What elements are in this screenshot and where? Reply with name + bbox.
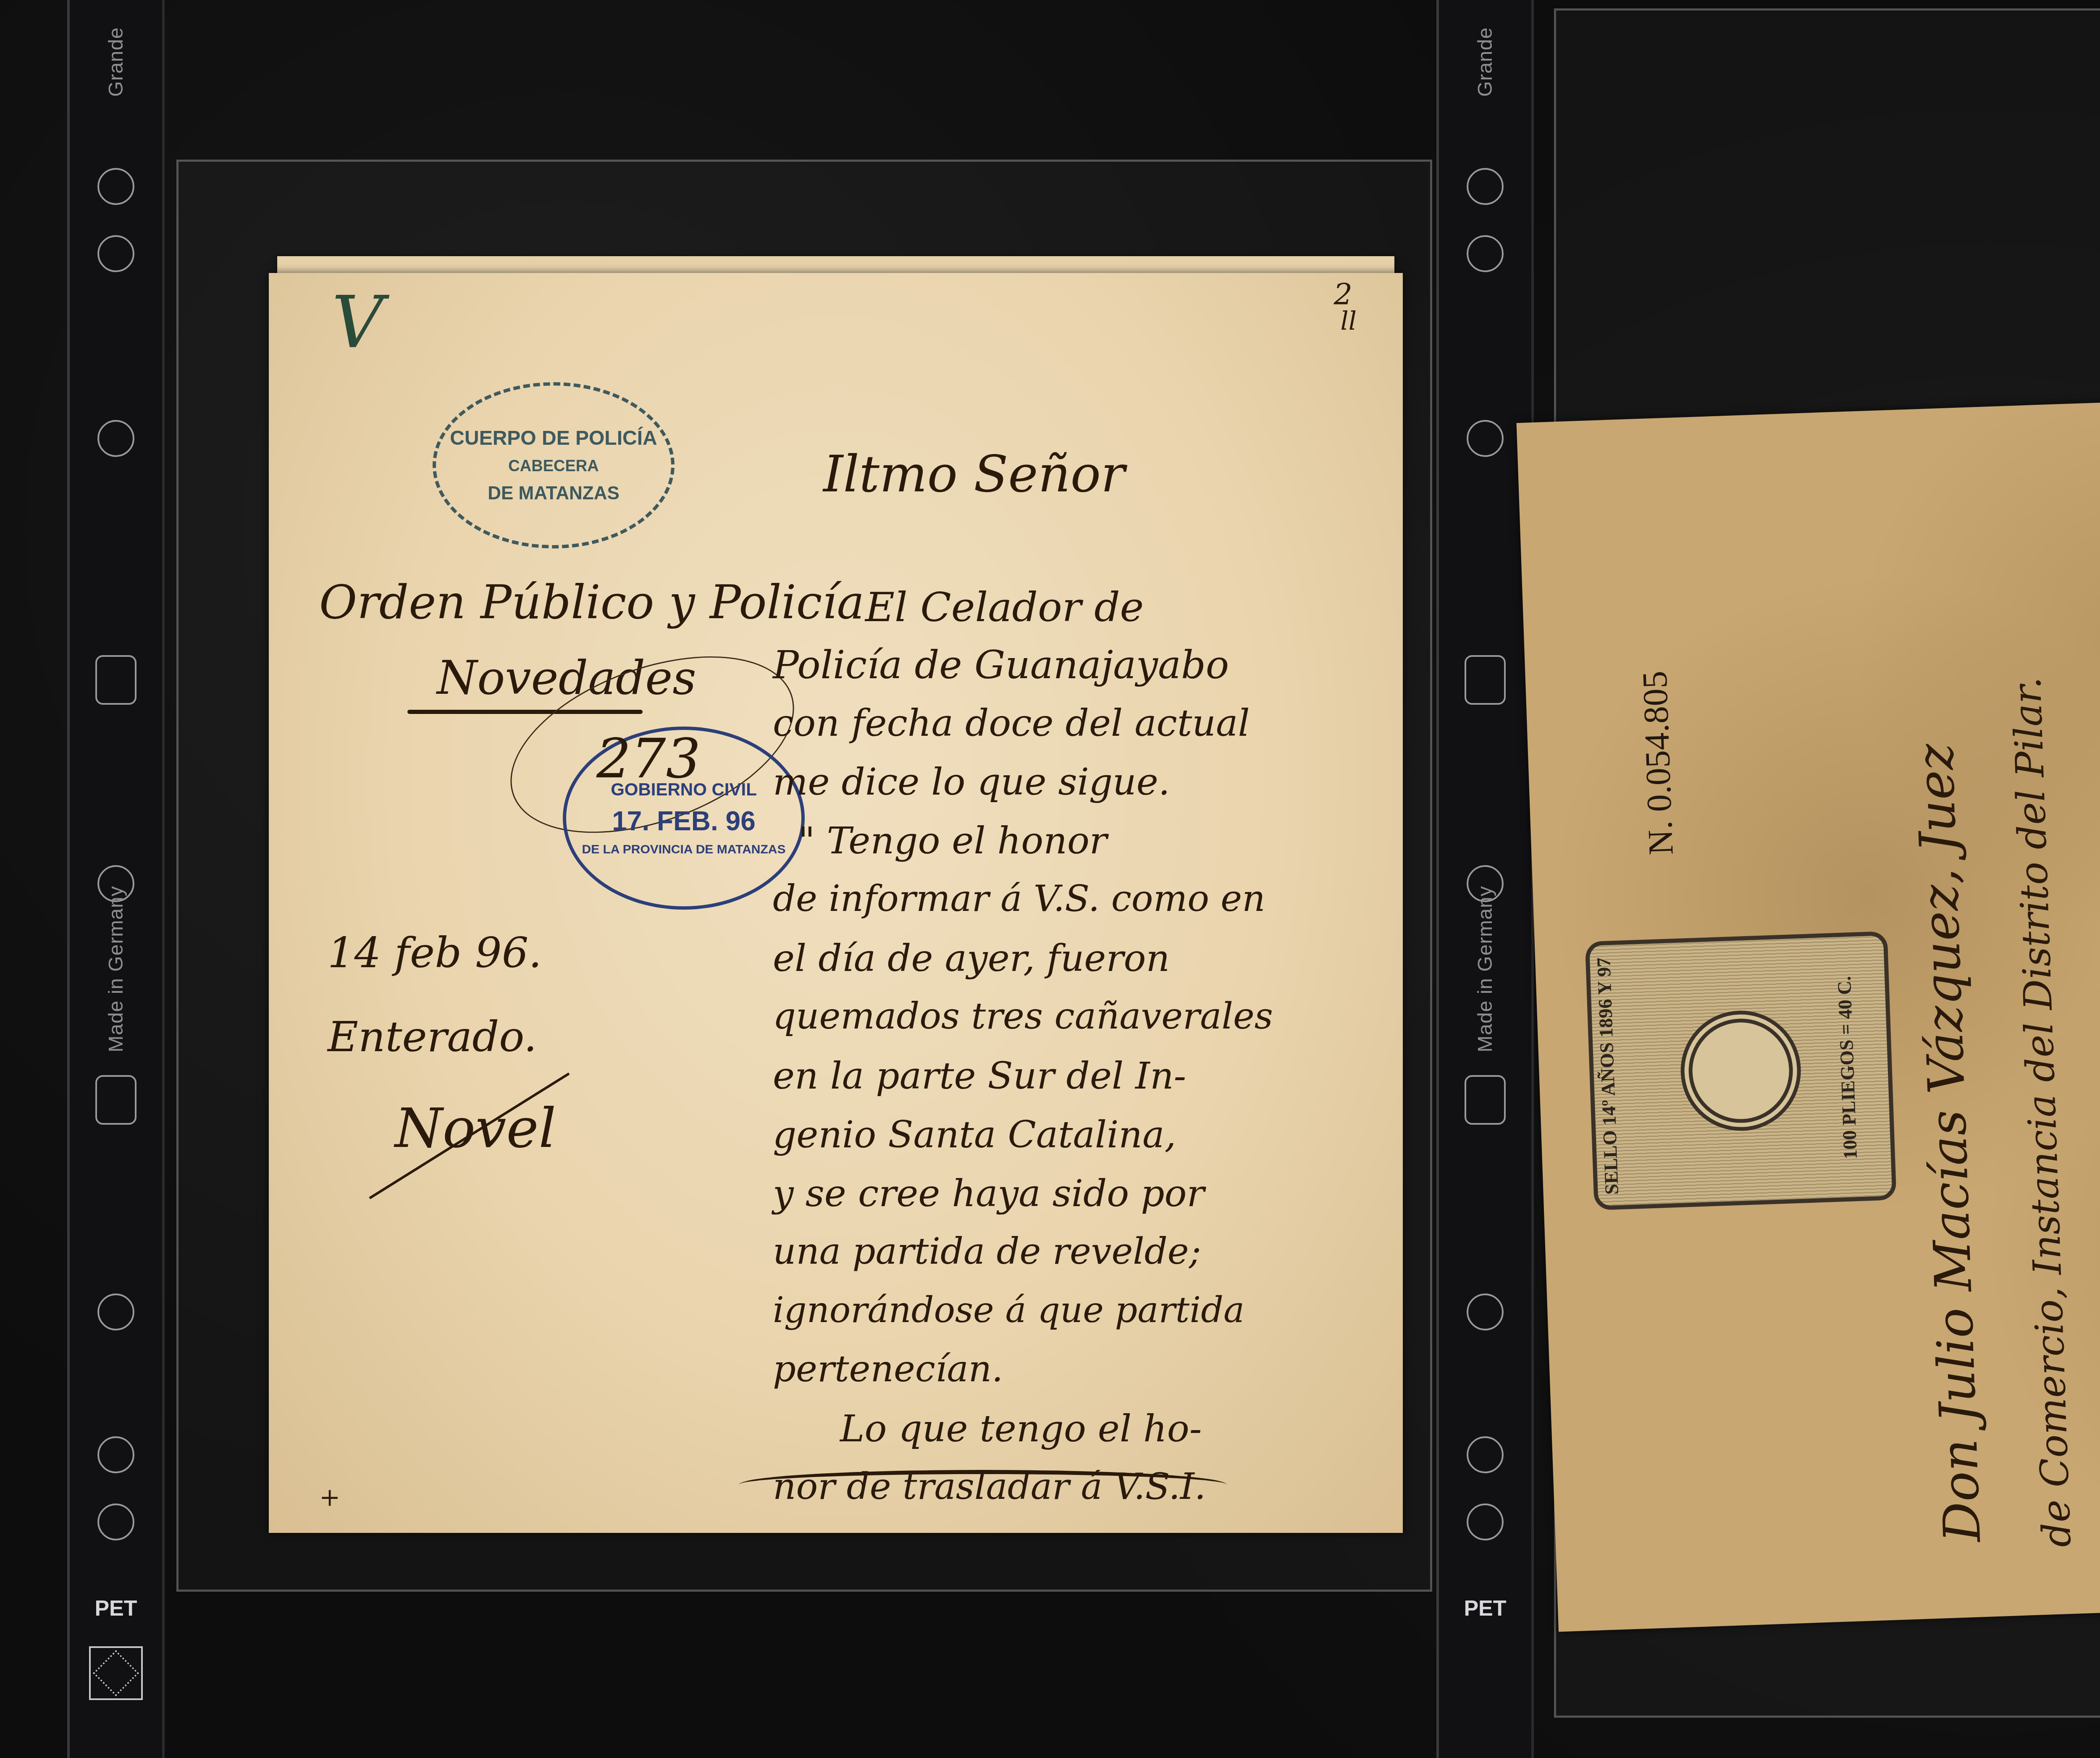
body-line: el día de ayer, fueron bbox=[773, 937, 1382, 995]
punch-slot bbox=[1465, 1075, 1506, 1125]
government-stamp-bottom: DE LA PROVINCIA DE MATANZAS bbox=[582, 842, 786, 857]
body-line: genio Santa Catalina, bbox=[773, 1113, 1382, 1172]
police-stamp: CUERPO DE POLICÍA CABECERA DE MATANZAS bbox=[433, 382, 675, 548]
handwritten-text: Don Julio Macías Vázquez, Juez de Comerc… bbox=[1877, 384, 2100, 1619]
margin-date: 14 feb 96. bbox=[328, 928, 542, 977]
punch-hole bbox=[97, 1503, 134, 1540]
body-line: Lo que tengo el ho- bbox=[840, 1407, 1449, 1466]
punch-hole bbox=[1467, 1503, 1504, 1540]
police-stamp-top: CUERPO DE POLICÍA bbox=[450, 427, 657, 450]
salutation: Iltmo Señor bbox=[823, 445, 1125, 504]
punch-hole bbox=[1467, 1436, 1504, 1473]
punch-hole bbox=[97, 1294, 134, 1330]
body-line: me dice lo que sigue. bbox=[773, 760, 1382, 819]
letter-body: El Celador de Policía de Guanajayabo con… bbox=[773, 584, 1382, 1524]
punch-hole bbox=[97, 168, 134, 205]
body-line: El Celador de bbox=[865, 584, 1474, 643]
body-line: de informar á V.S. como en bbox=[773, 878, 1382, 937]
punch-hole bbox=[1467, 235, 1504, 272]
punch-hole bbox=[97, 1436, 134, 1473]
handwritten-line: de Comercio, Instancia del Distrito del … bbox=[2004, 677, 2079, 1548]
body-line: en la parte Sur del In- bbox=[773, 1054, 1382, 1113]
serial-number: N. 0.054.805 bbox=[1634, 670, 1681, 856]
brand-label: Grande bbox=[105, 27, 128, 97]
punch-hole bbox=[97, 420, 134, 457]
body-line: " Tengo el honor bbox=[798, 819, 1407, 878]
margin-note: Enterado. bbox=[328, 1012, 537, 1061]
body-line: quemados tres cañaverales bbox=[773, 995, 1382, 1054]
body-line: y se cree haya sido por bbox=[773, 1172, 1382, 1231]
punch-slot bbox=[1465, 655, 1506, 705]
material-label: PET bbox=[1464, 1596, 1506, 1621]
police-stamp-middle: CABECERA bbox=[508, 457, 598, 475]
origin-label: Made in Germany bbox=[105, 886, 128, 1052]
revenue-stamp: SELLO 14º AÑOS 1896 Y 97 100 PLIEGOS = 4… bbox=[1585, 931, 1897, 1210]
handwritten-line: Don Julio Macías Vázquez, Juez bbox=[1906, 743, 1992, 1543]
punch-hole bbox=[1467, 168, 1504, 205]
brand-label: Grande bbox=[1474, 27, 1497, 97]
check-mark: V bbox=[332, 281, 383, 365]
punch-slot bbox=[95, 655, 136, 705]
police-stamp-bottom: DE MATANZAS bbox=[488, 483, 619, 504]
material-label: PET bbox=[94, 1596, 137, 1621]
body-line: Policía de Guanajayabo bbox=[773, 643, 1382, 701]
notarial-document: N. 0.054.805 SELLO 14º AÑOS 1896 Y 97 10… bbox=[1517, 384, 2100, 1632]
footer-mark: + bbox=[319, 1482, 340, 1512]
origin-label: Made in Germany bbox=[1474, 886, 1497, 1052]
body-line: ignorándose á que partida bbox=[773, 1289, 1382, 1348]
police-report-letter: 2 ll V CUERPO DE POLICÍA CABECERA DE MAT… bbox=[269, 273, 1403, 1533]
stamp-logo-icon bbox=[89, 1646, 143, 1700]
revenue-stamp-year-text: SELLO 14º AÑOS 1896 Y 97 bbox=[1592, 957, 1623, 1195]
revenue-stamp-medallion bbox=[1679, 1009, 1803, 1133]
corner-mark: ll bbox=[1341, 307, 1357, 336]
body-line: una partida de revelde; bbox=[773, 1231, 1382, 1289]
body-line: pertenecían. bbox=[773, 1348, 1382, 1407]
binder-strip-middle: Grande Made in Germany PET bbox=[1436, 0, 1534, 1758]
closing-flourish bbox=[739, 1470, 1226, 1499]
punch-slot bbox=[95, 1075, 136, 1125]
punch-hole bbox=[1467, 1294, 1504, 1330]
binder-strip-left: Grande Made in Germany PET bbox=[67, 0, 165, 1758]
punch-hole bbox=[1467, 420, 1504, 457]
government-stamp-date: 17. FEB. 96 bbox=[612, 806, 756, 837]
margin-signature: Novel bbox=[395, 1096, 556, 1160]
punch-hole bbox=[97, 235, 134, 272]
registry-number: 273 bbox=[596, 727, 701, 790]
body-line: con fecha doce del actual bbox=[773, 701, 1382, 760]
revenue-stamp-value-text: 100 PLIEGOS = 40 C. bbox=[1833, 976, 1861, 1160]
